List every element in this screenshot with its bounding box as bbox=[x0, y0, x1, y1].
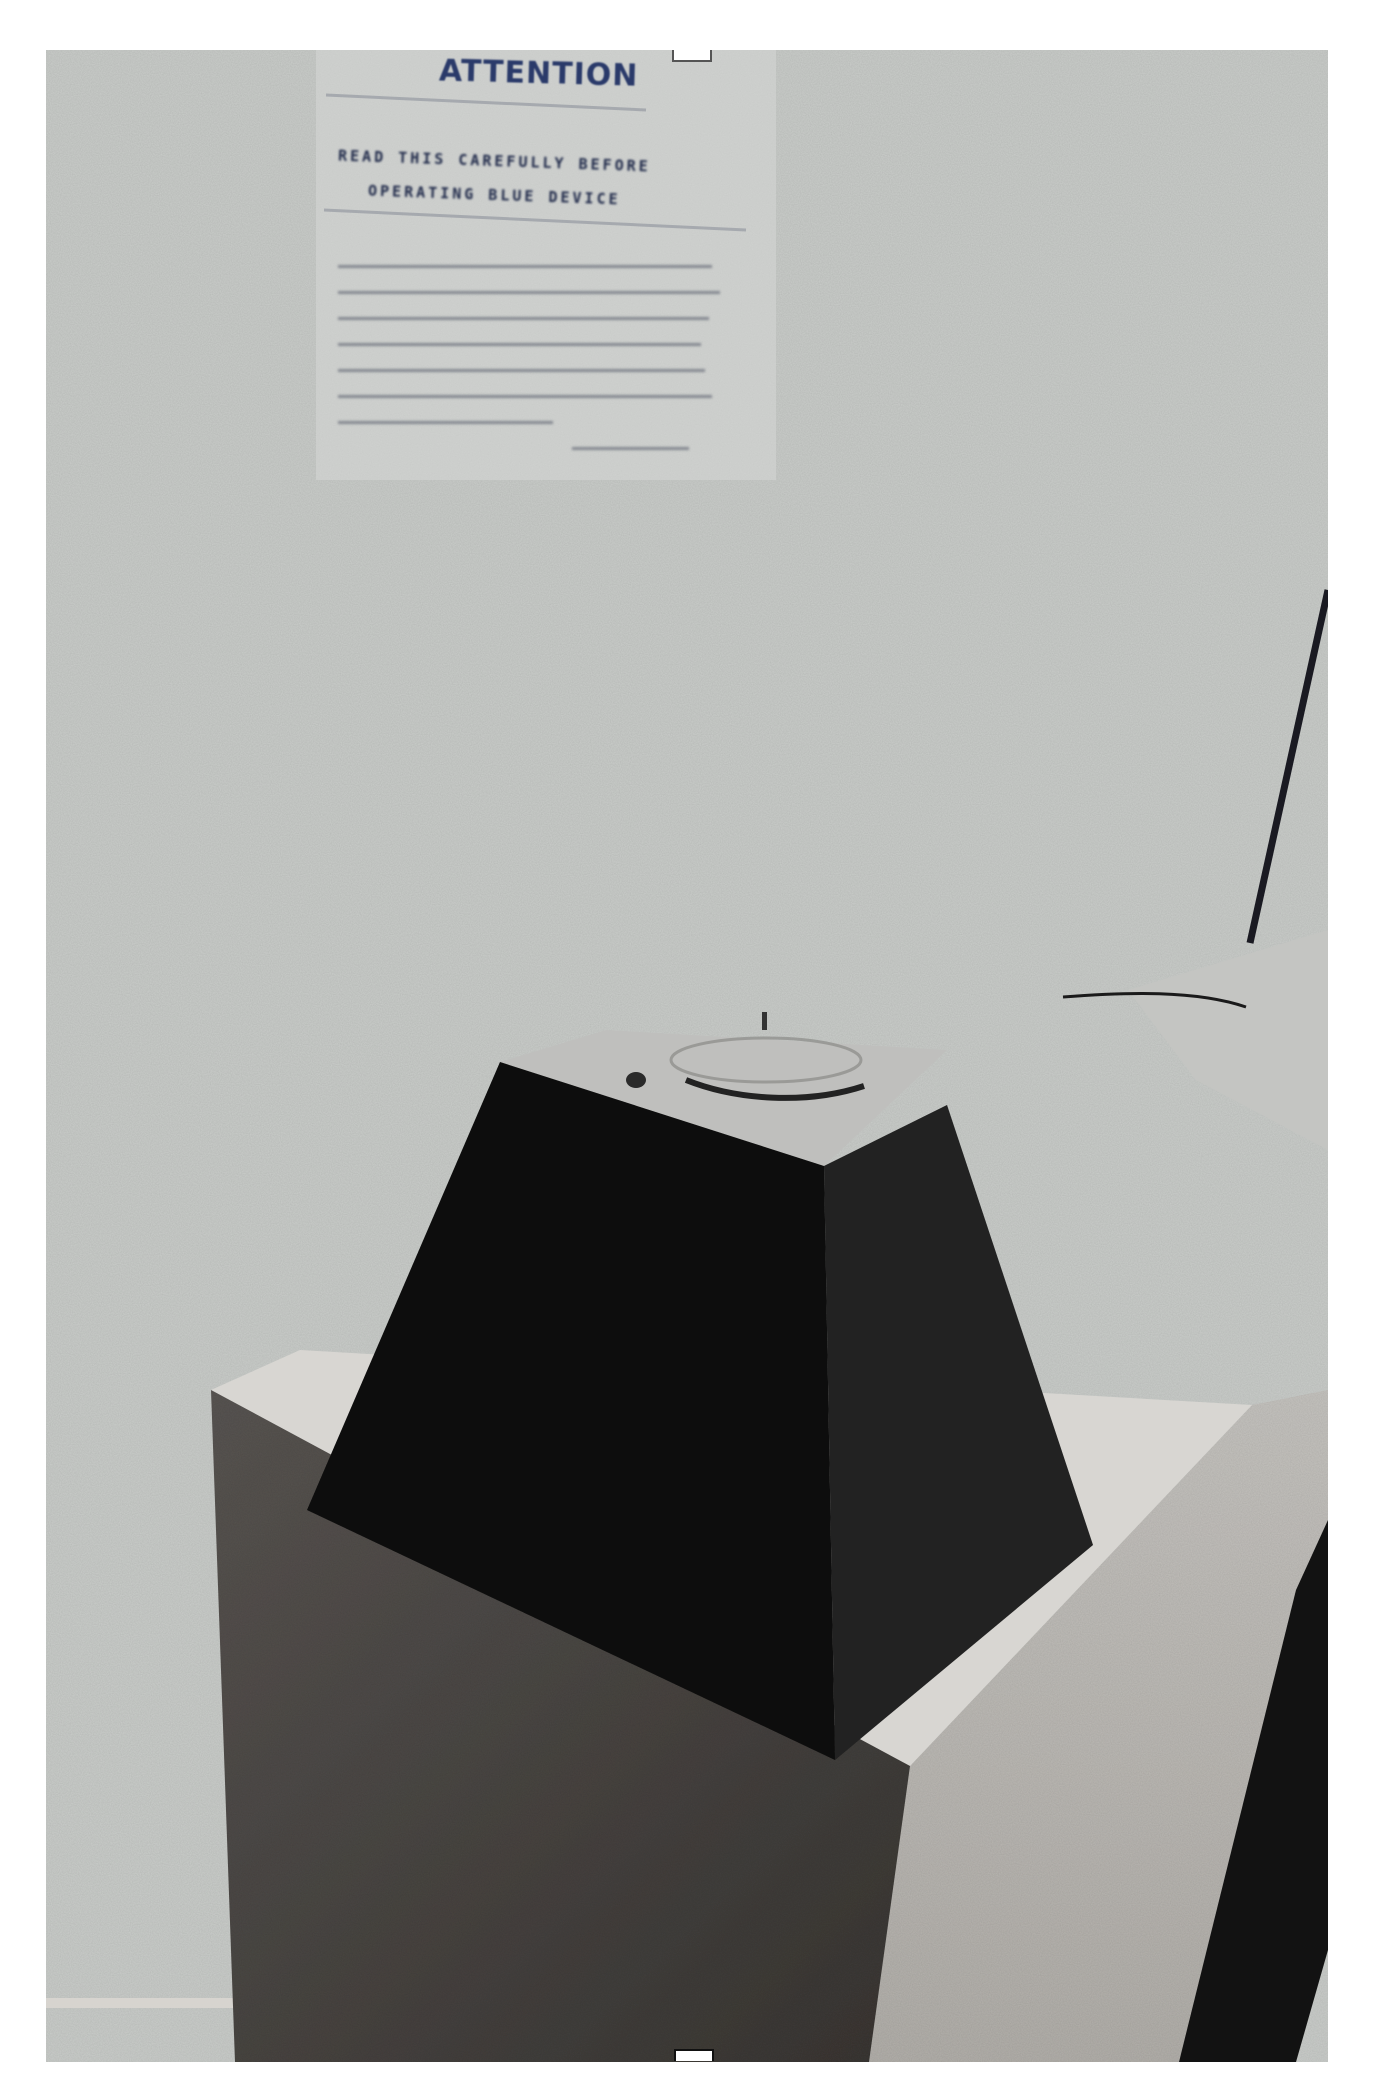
sign-body-line bbox=[338, 369, 705, 372]
device-knob bbox=[626, 1072, 646, 1088]
sign-body-line bbox=[338, 265, 712, 268]
sign-body-line bbox=[338, 421, 553, 424]
sign-signature bbox=[572, 447, 689, 450]
crop-handle-top[interactable] bbox=[672, 50, 712, 62]
crop-handle-bottom[interactable] bbox=[674, 2049, 714, 2061]
baseboard bbox=[46, 1998, 236, 2008]
sign-body-line bbox=[338, 291, 720, 294]
device-spindle bbox=[762, 1012, 767, 1030]
sign-body-text bbox=[338, 265, 728, 455]
sign-body-line bbox=[338, 343, 701, 346]
sign-body-line bbox=[338, 317, 709, 320]
photograph: ATTENTION READ THIS CAREFULLY BEFORE OPE… bbox=[46, 50, 1328, 2062]
sign-title: ATTENTION bbox=[439, 54, 630, 94]
sign-body-line bbox=[338, 395, 712, 398]
